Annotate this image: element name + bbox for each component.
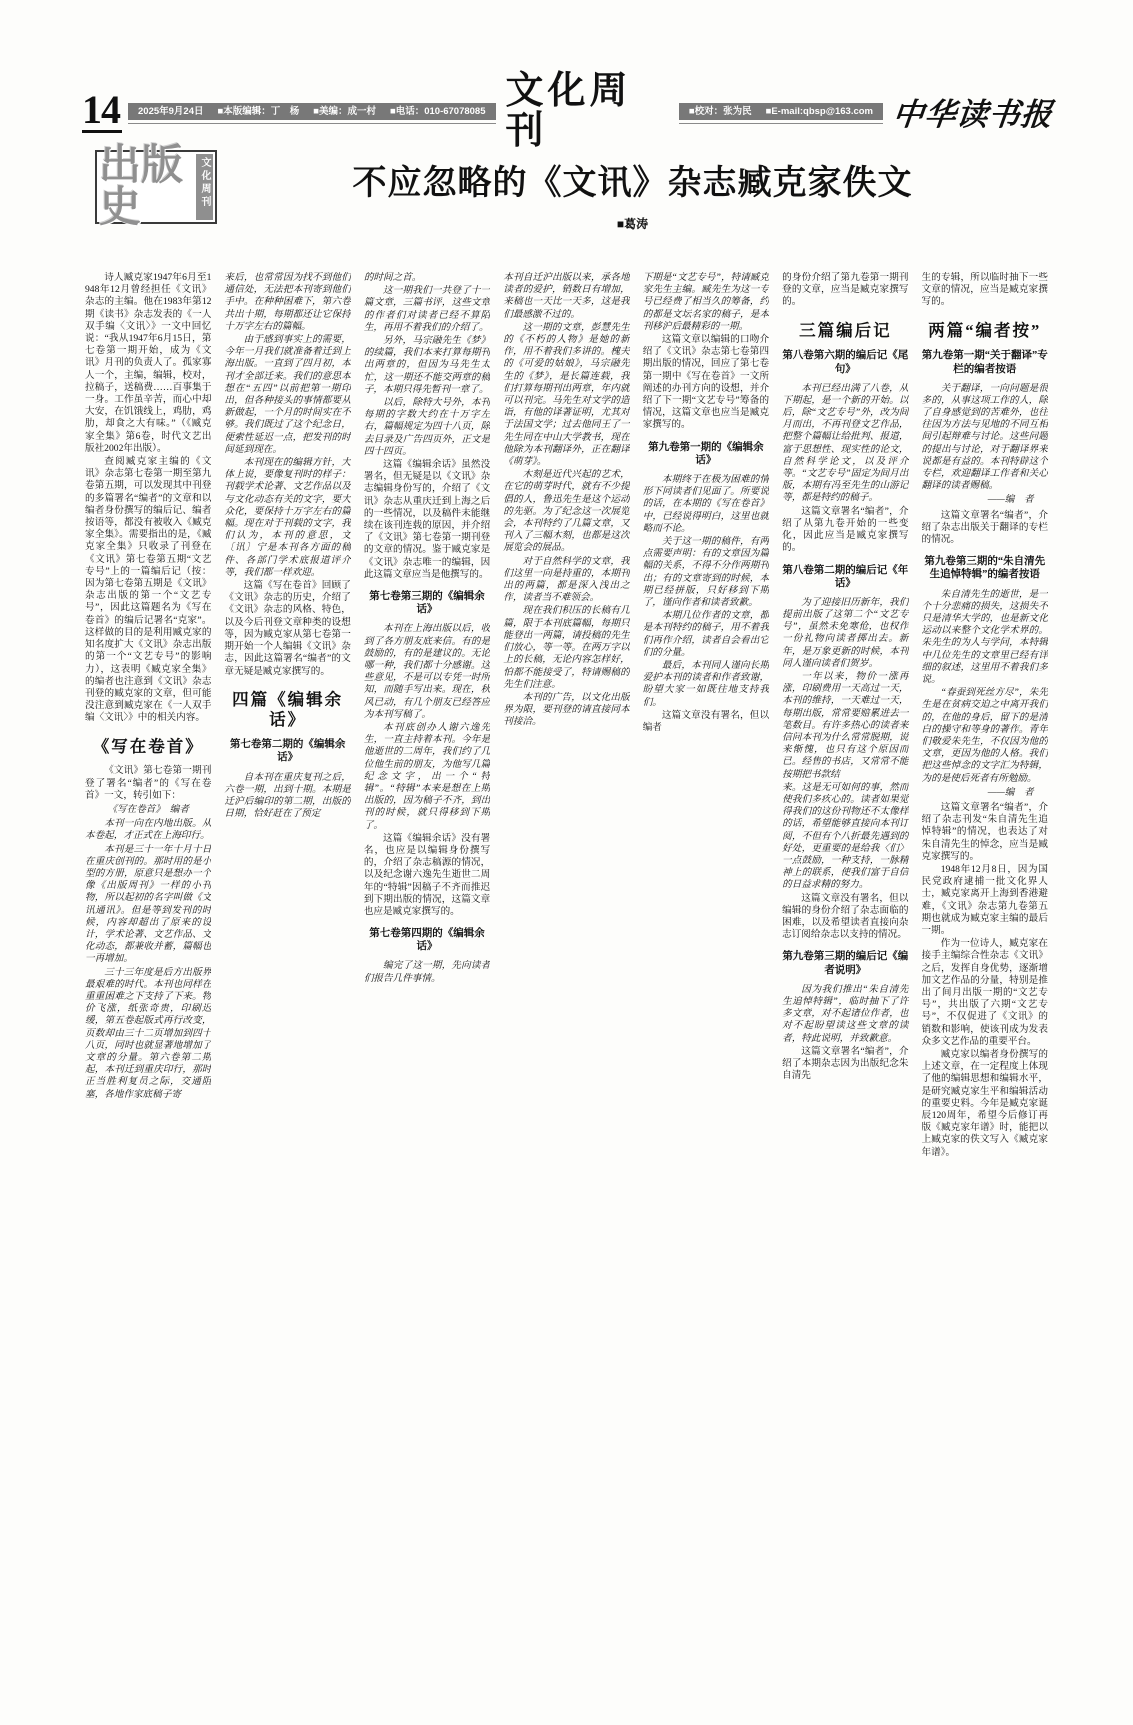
quoted-paragraph: “春蚕到死丝方尽”，朱先生是在贫病交迫之中离开我们的，在他的身后，留下的是清白的… <box>922 687 1048 785</box>
masthead-bar-left: 2025年9月24日 ■本版编辑：丁 杨 ■美编：成一村 ■电话：010-670… <box>128 103 496 120</box>
quoted-paragraph: 木刻是近代兴起的艺术，在它的萌芽时代，就有不少提倡的人，鲁迅先生是这个运动的先驱… <box>503 469 629 554</box>
paragraph: 臧克家以编者身份撰写的上述文章，在一定程度上体现了他的编辑思想和编辑水平，是研究… <box>922 1049 1048 1159</box>
article-header: 出版史 文化周刊 不应忽略的《文讯》杂志臧克家佚文 ■葛涛 <box>95 150 1048 255</box>
quoted-paragraph: 的时间之首。 <box>364 272 490 284</box>
quoted-paragraph: 三十三年度是后方出版界最艰难的时代。本刊也同样在重重困难之下支持了下来。物价飞涨… <box>85 967 211 1101</box>
quoted-paragraph: 本刊在上海出版以后，收到了各方朋友底来信。有的是鼓励的，有的是建议的。无论哪一种… <box>364 623 490 721</box>
email: ■E-mail:qbsp@163.com <box>766 103 873 120</box>
issue-date: 2025年9月24日 <box>138 103 203 120</box>
column-5: 下期是“文艺专号”，特请臧克家先生主编。臧先生为这一专号已经费了相当久的筹备，约… <box>643 272 769 1512</box>
quoted-paragraph: 来。这是无可如何的事，然而使我们多疚心的。读者如果觉得我们的这份刊物还不太像样的… <box>782 782 908 892</box>
paragraph: 这篇文章署名“编者”，介绍了从第九卷开始的一些变化，因此应当是臧克家撰写的。 <box>782 506 908 555</box>
paper-logo: 中华读书报 <box>891 89 1056 134</box>
quoted-paragraph: 这一期的文章，彭慧先生的《不朽的人物》是她的新作，用不着我们多讲的。槐夫的《可爱… <box>503 322 629 468</box>
quoted-paragraph: 一年以来，物价一涨再涨，印刷费用一天高过一天，本刊的维持，一天难过一天，每期出版… <box>782 671 908 781</box>
article-title: 不应忽略的《文讯》杂志臧克家佚文 <box>217 164 1048 203</box>
masthead: 14 2025年9月24日 ■本版编辑：丁 杨 ■美编：成一村 ■电话：010-… <box>82 88 1053 134</box>
title-block: 不应忽略的《文讯》杂志臧克家佚文 ■葛涛 <box>217 150 1048 255</box>
section-heading: 《写在卷首》 <box>85 737 211 757</box>
paragraph: 的身份介绍了第九卷第一期刊登的文章，应当是臧克家撰写的。 <box>782 272 908 309</box>
quoted-paragraph: 现在我们积压的长稿有几篇，限于本刊底篇幅，每期只能登出一两篇，请投稿的先生们放心… <box>503 605 629 690</box>
quoted-paragraph: 对于自然科学的文章，我们这里一向是持重的，本期刊出的两篇，都是深入浅出之作，读者… <box>503 556 629 605</box>
logo-subtext: 文化周刊 <box>196 154 213 220</box>
section-heading: 四篇《编辑余话》 <box>224 690 350 730</box>
paragraph: 《文讯》第七卷第一期刊登了署名“编者”的《写在卷首》一文，转引如下： <box>85 765 211 802</box>
subsection-heading: 第九卷第一期“关于翻译”专栏的编者按语 <box>922 349 1048 375</box>
quoted-paragraph: 由于感到事实上的需要，今年一月我们就准备着迁到上海出版。一直到了四月初，本刊才全… <box>224 334 350 456</box>
paragraph: 这篇文章以编辑的口吻介绍了《文讯》杂志第七卷第四期出版的情况，回应了第七卷第一期… <box>643 334 769 432</box>
paragraph: 诗人臧克家1947年6月至1948年12月曾经担任《文讯》杂志的主编。他在198… <box>85 272 211 455</box>
quoted-paragraph: 以后，除特大号外，本刊每期的字数大约在十万字左右，篇幅规定为四十八页，除去目录及… <box>364 397 490 458</box>
quoted-paragraph: 最后，本刊同人谨向长期爱护本刊的读者和作者致谢，盼望大家一如既往地支持我们。 <box>643 660 769 709</box>
quoted-paragraph: 关于这一期的稿件，有两点需要声明：有的文章因为篇幅的关系，不得不分作两期刊出；有… <box>643 536 769 609</box>
column-logo: 出版史 文化周刊 <box>95 150 217 224</box>
paragraph: 生的专辑，所以临时抽下一些文章的情况，应当是臧克家撰写的。 <box>922 272 1048 309</box>
proofreader: ■校对：张为民 <box>689 103 752 120</box>
quoted-paragraph: 本刊已经出满了八卷，从下期起，是一个新的开始。以后，除“文艺专号”外，改为间月而… <box>782 383 908 505</box>
section-heading: 三篇编后记 <box>782 321 908 341</box>
paragraph: 这篇文章署名“编者”，介绍了杂志刊发“朱自清先生追悼特辑”的情况，也表达了对朱自… <box>922 802 1048 863</box>
subsection-heading: 第九卷第三期的编后记《编者说明》 <box>782 950 908 976</box>
quoted-paragraph: 本刊的广告，以文化出版界为限，要刊登的请直接同本刊接洽。 <box>503 692 629 729</box>
column-6: 的身份介绍了第九卷第一期刊登的文章，应当是臧克家撰写的。三篇编后记第八卷第六期的… <box>782 272 908 1512</box>
newspaper-page: 14 2025年9月24日 ■本版编辑：丁 杨 ■美编：成一村 ■电话：010-… <box>0 0 1133 1725</box>
paragraph: 这篇《编辑余话》虽然没署名，但无疑是以《文讯》杂志编辑身份写的，介绍了《文讯》杂… <box>364 459 490 581</box>
column-1: 诗人臧克家1947年6月至1948年12月曾经担任《文讯》杂志的主编。他在198… <box>85 272 211 1512</box>
paragraph: 这篇文章没有署名，但以编者 <box>643 710 769 734</box>
paragraph: 作为一位诗人，臧克家在接手主编综合性杂志《文讯》之后，发挥自身优势，逐渐增加文艺… <box>922 938 1048 1048</box>
quoted-paragraph: 因为我们推出“朱自清先生追悼特辑”，临时抽下了许多文章，对不起诸位作者，也对不起… <box>782 984 908 1045</box>
editor-signature: ——编 者 <box>922 494 1048 506</box>
editor-signature: ——编 者 <box>922 787 1048 799</box>
quoted-paragraph: 朱自清先生的逝世，是一个十分悲痛的损失，这损失不只是清华大学的，也是新文化运动以… <box>922 589 1048 687</box>
quoted-paragraph: 本刊一向在内地出版。从本卷起，才正式在上海印行。 <box>85 818 211 842</box>
subsection-heading: 第九卷第三期的“朱自清先生追悼特辑”的编者按语 <box>922 555 1048 581</box>
masthead-bar-right: ■校对：张为民 ■E-mail:qbsp@163.com <box>679 103 883 120</box>
quoted-paragraph: 本刊自迁沪出版以来，承各地读者的爱护，销数日有增加，来稿也一天比一天多，这是我们… <box>503 272 629 321</box>
subsection-heading: 第八卷第二期的编后记《年话》 <box>782 564 908 590</box>
paragraph: 这篇文章没有署名，但以编辑的身份介绍了杂志面临的困难，以及希望读者直接向杂志订阅… <box>782 893 908 942</box>
quoted-paragraph: 下期是“文艺专号”，特请臧克家先生主编。臧先生为这一专号已经费了相当久的筹备，约… <box>643 272 769 333</box>
paragraph: 这篇《编辑余话》没有署名，也应是以编辑身份撰写的，介绍了杂志稿源的情况，以及纪念… <box>364 833 490 918</box>
quoted-paragraph: 本刊现在的编辑方针，大体上说，要像复刊时的样子：刊载学术论著、文艺作品以及与文化… <box>224 457 350 579</box>
column-3: 的时间之首。这一期我们一共登了十一篇文章，三篇书评，这些文章的作者们对读者已经不… <box>364 272 490 1512</box>
section-title: 文化周刊 <box>506 71 669 151</box>
column-7: 生的专辑，所以临时抽下一些文章的情况，应当是臧克家撰写的。两篇“编者按”第九卷第… <box>922 272 1048 1512</box>
quoted-paragraph: 编完了这一期，先向读者们报告几件事情。 <box>364 960 490 984</box>
column-4: 本刊自迁沪出版以来，承各地读者的爱护，销数日有增加，来稿也一天比一天多，这是我们… <box>503 272 629 1512</box>
quoted-paragraph: 本期终于在极为困难的情形下同读者们见面了。所要说的话，在本期的《写在卷首》中，已… <box>643 474 769 535</box>
quoted-paragraph: 《写在卷首》 编者 <box>85 804 211 816</box>
column-2: 来后，也常常因为找不到他们通信处，无法把本刊寄到他们手中。在种种困难下，第六卷共… <box>224 272 350 1512</box>
page-editor: ■本版编辑：丁 杨 <box>217 103 299 120</box>
quoted-paragraph: 关于翻译，一向问题是很多的，从事这项工作的人，除了自身感觉到的苦难外，也往往因为… <box>922 383 1048 493</box>
quoted-paragraph: 另外，马宗融先生《梦》的续篇，我们本来打算每期刊出两章的，但因为马先生太忙，这一… <box>364 335 490 396</box>
logo-text: 出版史 <box>99 154 196 220</box>
quoted-paragraph: 本期几位作者的文章，都是本刊特约的稿子，用不着我们再作介绍，读者自会看出它们的分… <box>643 610 769 659</box>
section-heading: 两篇“编者按” <box>922 321 1048 341</box>
paragraph: 这篇文章署名“编者”，介绍了杂志出版关于翻译的专栏的情况。 <box>922 510 1048 547</box>
columns: 诗人臧克家1947年6月至1948年12月曾经担任《文讯》杂志的主编。他在198… <box>85 272 1048 1512</box>
quoted-paragraph: 为了迎接旧历新年，我们提前出版了这第二个“文艺专号”，虽然未免寒伧，也权作一份礼… <box>782 597 908 670</box>
subsection-heading: 第七卷第四期的《编辑余话》 <box>364 927 490 953</box>
paragraph: 查阅臧克家主编的《文讯》杂志第七卷第一期至第九卷第五期，可以发现其中刊登的多篇署… <box>85 456 211 724</box>
paragraph: 1948年12月8日，因为国民党政府逮捕一批文化界人士，臧克家离开上海到香港避难… <box>922 864 1048 937</box>
subsection-heading: 第七卷第二期的《编辑余话》 <box>224 738 350 764</box>
paragraph: 这篇《写在卷首》回顾了《文讯》杂志的历史，介绍了《文讯》杂志的风格、特色，以及今… <box>224 580 350 678</box>
subsection-heading: 第九卷第一期的《编辑余话》 <box>643 441 769 467</box>
phone: ■电话：010-67078085 <box>390 103 486 120</box>
subsection-heading: 第八卷第六期的编后记《尾句》 <box>782 349 908 375</box>
paragraph: 这篇文章署名“编者”，介绍了本期杂志因为出版纪念朱自清先 <box>782 1046 908 1083</box>
quoted-paragraph: 来后，也常常因为找不到他们通信处，无法把本刊寄到他们手中。在种种困难下，第六卷共… <box>224 272 350 333</box>
subsection-heading: 第七卷第三期的《编辑余话》 <box>364 590 490 616</box>
article-byline: ■葛涛 <box>217 215 1048 232</box>
art-editor: ■美编：成一村 <box>313 103 376 120</box>
quoted-paragraph: 本刊底创办人谢六逸先生，一直主持着本刊。今年是他逝世的二周年，我们约了几位他生前… <box>364 722 490 832</box>
quoted-paragraph: 自本刊在重庆复刊之后，六卷一期，出到十期。本期是迁沪后编印的第二期，出版的日期，… <box>224 772 350 821</box>
quoted-paragraph: 本刊是三十一年十月十日在重庆创刊的。那时用的是小型的方册，原意只是想办一个像《出… <box>85 844 211 966</box>
page-number: 14 <box>82 90 122 133</box>
quoted-paragraph: 这一期我们一共登了十一篇文章，三篇书评，这些文章的作者们对读者已经不算陌生，再用… <box>364 285 490 334</box>
